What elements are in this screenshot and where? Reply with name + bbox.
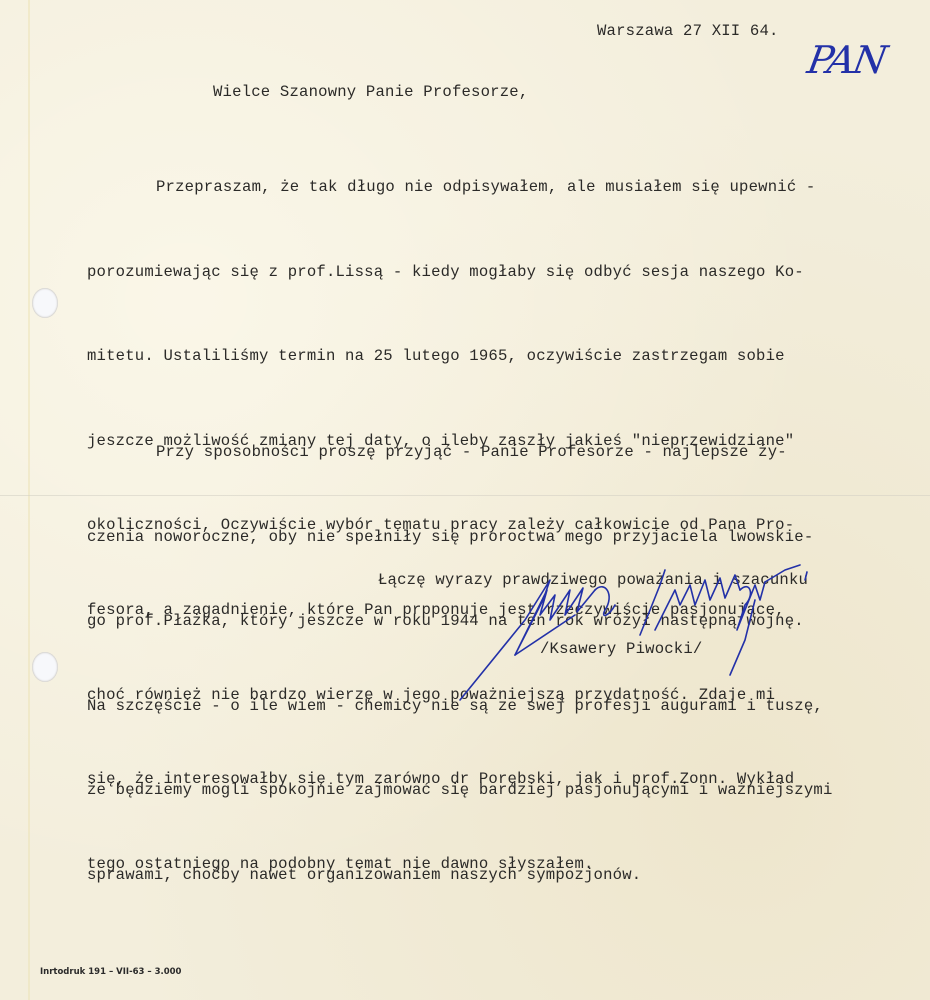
paragraph-2-line: czenia noworoczne, oby nie spełniły się … bbox=[87, 523, 833, 552]
printer-footer-mark: Inrtodruk 191 – VII-63 – 3.000 bbox=[40, 967, 181, 977]
punch-hole-top bbox=[32, 288, 58, 318]
letter-paper: Warszawa 27 XII 64. PAN Wielce Szanowny … bbox=[0, 0, 930, 1000]
handwritten-pan-annotation: PAN bbox=[804, 38, 889, 82]
salutation: Wielce Szanowny Panie Profesorze, bbox=[213, 78, 528, 106]
signer-name: /Ksawery Piwocki/ bbox=[540, 635, 702, 663]
paragraph-2-line: sprawami, choćby nawet organizowaniem na… bbox=[87, 861, 833, 890]
punch-hole-bottom bbox=[32, 652, 58, 682]
paper-margin-stain bbox=[28, 0, 30, 1000]
paragraph-2-line: Przy sposobności proszę przyjąć - Panie … bbox=[87, 438, 833, 467]
paragraph-1-line: Przepraszam, że tak długo nie odpisywałe… bbox=[87, 173, 816, 202]
date-place-line: Warszawa 27 XII 64. bbox=[597, 17, 779, 45]
paragraph-1-line: mitetu. Ustaliliśmy termin na 25 lutego … bbox=[87, 342, 816, 371]
paragraph-1-line: porozumiewając się z prof.Lissą - kiedy … bbox=[87, 258, 816, 287]
paragraph-2-line: że będziemy mogli spokojnie zajmować się… bbox=[87, 776, 833, 805]
